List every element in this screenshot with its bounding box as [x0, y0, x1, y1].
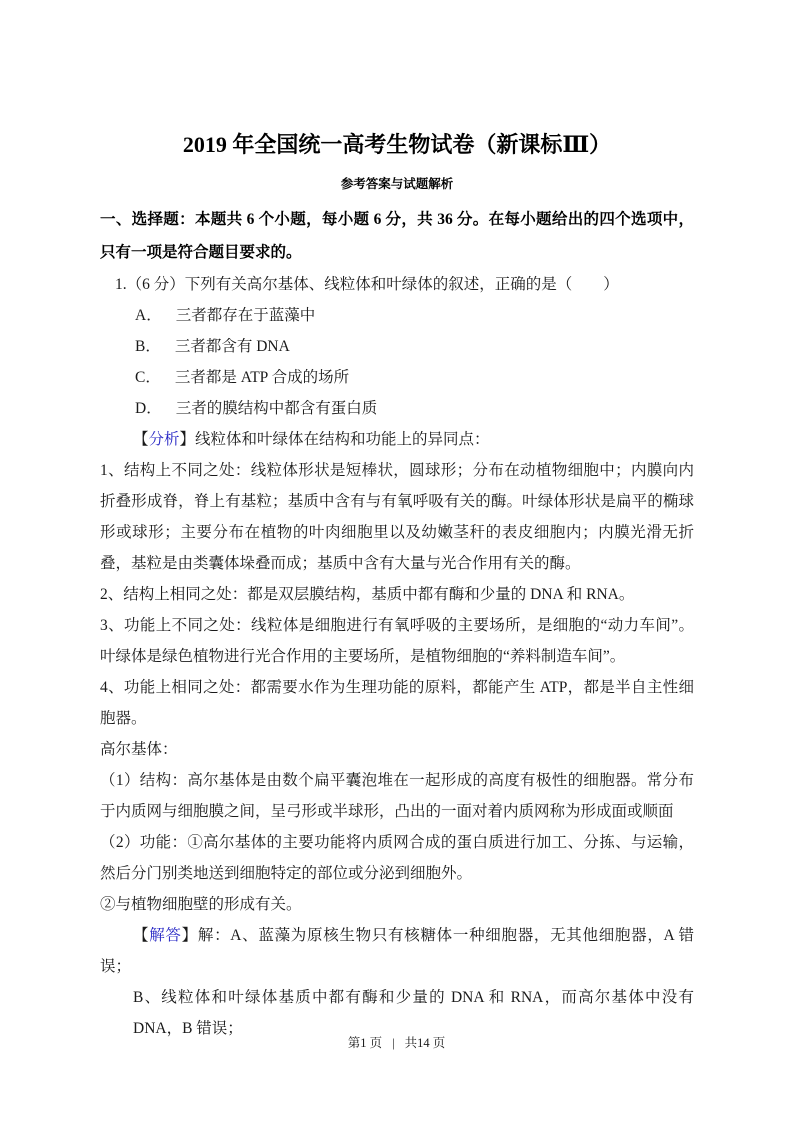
- option-label: C．: [135, 369, 161, 386]
- page-content: 2019 年全国统一高考生物试卷（新课标Ⅲ） 参考答案与试题解析 一、选择题：本…: [100, 128, 694, 1044]
- footer-page-number: 第1 页: [348, 1036, 382, 1050]
- page-title: 2019 年全国统一高考生物试卷（新课标Ⅲ）: [100, 128, 694, 162]
- option-row-c: C．三者都是 ATP 合成的场所: [100, 362, 694, 393]
- analysis-paragraph: 1、结构上不同之处：线粒体形状是短棒状，圆球形；分布在动植物细胞中；内膜向内折叠…: [100, 455, 694, 579]
- analysis-paragraph: ②与植物细胞壁的形成有关。: [100, 889, 694, 920]
- analysis-paragraph: （2）功能：①高尔基体的主要功能将内质网合成的蛋白质进行加工、分拣、与运输，然后…: [100, 827, 694, 889]
- option-text: 三者都含有 DNA: [175, 338, 290, 355]
- option-text: 三者都是 ATP 合成的场所: [175, 369, 349, 386]
- bracket-open: 【: [133, 431, 149, 448]
- option-text: 三者的膜结构中都含有蛋白质: [176, 400, 378, 417]
- analysis-intro-line: 【分析】线粒体和叶绿体在结构和功能上的异同点：: [100, 424, 694, 455]
- analysis-paragraph: 3、功能上不同之处：线粒体是细胞进行有氧呼吸的主要场所，是细胞的“动力车间”。叶…: [100, 610, 694, 672]
- doc-subtitle: 参考答案与试题解析: [100, 174, 694, 194]
- analysis-label: 分析: [149, 431, 180, 448]
- bracket-close: 】: [182, 927, 198, 944]
- analysis-intro: 线粒体和叶绿体在结构和功能上的异同点：: [195, 431, 490, 448]
- analysis-paragraph: 高尔基体：: [100, 734, 694, 765]
- analysis-paragraph: 4、功能上相同之处：都需要水作为生理功能的原料，都能产生 ATP，都是半自主性细…: [100, 672, 694, 734]
- bracket-close: 】: [180, 431, 196, 448]
- bracket-open: 【: [133, 927, 149, 944]
- analysis-paragraph: （1）结构：高尔基体是由数个扁平囊泡堆在一起形成的高度有极性的细胞器。常分布于内…: [100, 765, 694, 827]
- option-text: 三者都存在于蓝藻中: [176, 307, 316, 324]
- footer-separator: |: [392, 1036, 395, 1050]
- question-stem: 1.（6 分）下列有关高尔基体、线粒体和叶绿体的叙述，正确的是（ ）: [100, 269, 694, 300]
- answer-label: 解答: [149, 927, 181, 944]
- option-row-d: D．三者的膜结构中都含有蛋白质: [100, 393, 694, 424]
- section-heading: 一、选择题：本题共 6 个小题，每小题 6 分，共 36 分。在每小题给出的四个…: [100, 203, 694, 269]
- option-row-a: A．三者都存在于蓝藻中: [100, 300, 694, 331]
- footer-total-pages: 共14 页: [405, 1036, 446, 1050]
- option-label: B．: [135, 338, 161, 355]
- option-row-b: B．三者都含有 DNA: [100, 331, 694, 362]
- document-page: 2019 年全国统一高考生物试卷（新课标Ⅲ） 参考答案与试题解析 一、选择题：本…: [0, 0, 793, 1122]
- option-label: A．: [135, 307, 162, 324]
- answer-line-a: 【解答】解：A、蓝藻为原核生物只有核糖体一种细胞器，无其他细胞器，A 错误；: [100, 920, 694, 982]
- analysis-paragraph: 2、结构上相同之处：都是双层膜结构，基质中都有酶和少量的 DNA 和 RNA。: [100, 579, 694, 610]
- page-footer: 第1 页|共14 页: [0, 1033, 793, 1053]
- option-label: D．: [135, 400, 162, 417]
